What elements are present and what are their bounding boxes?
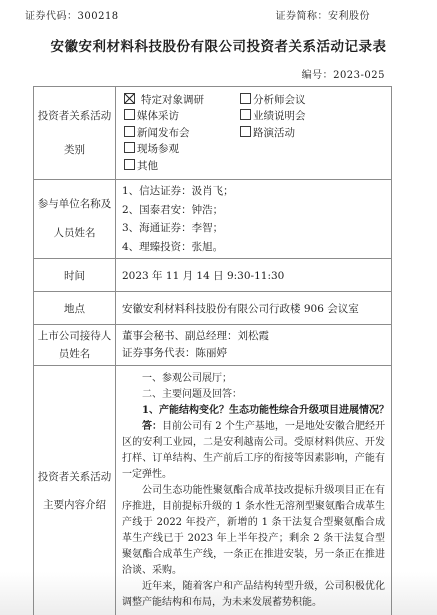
answer-paragraph: 近年来，随着客户和产品结构转型升级，公司积极优化调整产能结构和布局，为未来发展蓄… [122, 579, 385, 611]
activity-option-label: 现场参观 [137, 143, 179, 155]
table-row: 投资者关系活动 主要内容介绍 一、参观公司展厅； 二、主要问题及回答： 1、产能… [34, 366, 392, 615]
label-line: 主要内容介绍 [34, 491, 115, 519]
content-item: 一、参观公司展厅； [122, 371, 385, 387]
table-row: 投资者关系活动 类别 特定对象调研 分析师会议 媒体采访 业绩说明 [34, 87, 392, 180]
document-page: 证券代码：300218 证券简称：安利股份 安徽安利材料科技股份有限公司投资者关… [0, 0, 437, 615]
doc-number: 编号：2023-025 [0, 66, 385, 81]
time-value-cell: 2023 年 11 月 14 日 9:30-11:30 [116, 259, 392, 292]
activity-option-label: 其他 [137, 160, 158, 172]
stock-code-label: 证券代码：300218 [25, 7, 119, 22]
table-row: 地点 安徽安利材料科技股份有限公司行政楼 906 会议室 [34, 292, 392, 325]
label-line: 投资者关系活动 [34, 99, 115, 133]
hosts-label: 上市公司接待人 员姓名 [34, 327, 115, 363]
activity-option: 新闻发布会 [124, 125, 240, 141]
activity-option-label: 路演活动 [253, 127, 295, 139]
ir-activity-table: 投资者关系活动 类别 特定对象调研 分析师会议 媒体采访 业绩说明 [33, 86, 392, 615]
activity-option-label: 分析师会议 [253, 94, 306, 106]
location-value: 安徽安利材料科技股份有限公司行政楼 906 会议室 [122, 303, 359, 315]
content-cell: 一、参观公司展厅； 二、主要问题及回答： 1、产能结构变化？生态功能性综合升级项… [116, 366, 392, 615]
answer-paragraph: 公司生态功能性聚氨酯合成革技改提标升级项目正在有序推进，目前提标升级的 1 条水… [122, 483, 385, 579]
hosts-label-cell: 上市公司接待人 员姓名 [34, 325, 116, 366]
participants-label-cell: 参与单位名称及 人员姓名 [34, 180, 116, 259]
answer-text: 目前公司有 2 个生产基地，一是地处安徽合肥经开区的安利工业园，二是安利越南公司… [122, 421, 385, 480]
answer-paragraph: 答：目前公司有 2 个生产基地，一是地处安徽合肥经开区的安利工业园，二是安利越南… [122, 419, 385, 483]
grid-spacer [240, 141, 383, 157]
checkbox-checked-icon [124, 93, 135, 104]
participant-line: 1、信达证券：汲肖飞； [122, 182, 385, 201]
host-list: 董事会秘书、副总经理：刘松霞 证券事务代表：陈丽婷 [122, 328, 385, 362]
host-line: 董事会秘书、副总经理：刘松霞 [122, 328, 385, 345]
participant-line: 4、理臻投资：张旭。 [122, 238, 385, 257]
checkbox-icon [124, 142, 135, 153]
document-header: 证券代码：300218 证券简称：安利股份 [0, 0, 437, 22]
label-line: 人员姓名 [34, 219, 115, 248]
activity-option: 路演活动 [240, 125, 383, 141]
activity-option-label: 业绩说明会 [253, 110, 306, 122]
time-label: 时间 [64, 270, 85, 282]
stock-name-label: 证券简称：安利股份 [276, 7, 371, 22]
checkbox-icon [240, 126, 251, 137]
checkbox-icon [124, 109, 135, 120]
location-value-cell: 安徽安利材料科技股份有限公司行政楼 906 会议室 [116, 292, 392, 325]
activity-category-options-cell: 特定对象调研 分析师会议 媒体采访 业绩说明会 新闻发布会 [116, 87, 392, 180]
activity-option-label: 特定对象调研 [141, 94, 204, 106]
activity-options-grid: 特定对象调研 分析师会议 媒体采访 业绩说明会 新闻发布会 [122, 89, 385, 177]
label-line: 投资者关系活动 [34, 463, 115, 491]
activity-category-label: 投资者关系活动 类别 [34, 99, 115, 167]
host-line: 证券事务代表：陈丽婷 [122, 345, 385, 362]
table-row: 上市公司接待人 员姓名 董事会秘书、副总经理：刘松霞 证券事务代表：陈丽婷 [34, 325, 392, 366]
activity-option: 特定对象调研 [124, 92, 240, 108]
activity-option: 现场参观 [124, 141, 240, 157]
content-label: 投资者关系活动 主要内容介绍 [34, 463, 115, 519]
label-line: 上市公司接待人 [34, 327, 115, 345]
participants-cell: 1、信达证券：汲肖飞； 2、国泰君安：钟浩； 3、海通证券：李智； 4、理臻投资… [116, 180, 392, 259]
participant-line: 3、海通证券：李智； [122, 219, 385, 238]
page-title: 安徽安利材料科技股份有限公司投资者关系活动记录表 [0, 35, 437, 55]
activity-option-label: 新闻发布会 [137, 127, 190, 139]
participant-list: 1、信达证券：汲肖飞； 2、国泰君安：钟浩； 3、海通证券：李智； 4、理臻投资… [122, 182, 385, 256]
checkbox-icon [240, 109, 251, 120]
label-line: 类别 [34, 133, 115, 167]
activity-option: 媒体采访 [124, 108, 240, 124]
question-heading: 1、产能结构变化？生态功能性综合升级项目进展情况？ [122, 403, 385, 419]
checkbox-icon [240, 93, 251, 104]
table-row: 参与单位名称及 人员姓名 1、信达证券：汲肖飞； 2、国泰君安：钟浩； 3、海通… [34, 180, 392, 259]
checkbox-icon [124, 126, 135, 137]
label-line: 参与单位名称及 [34, 190, 115, 219]
activity-option: 其他 [124, 158, 240, 174]
table-row: 时间 2023 年 11 月 14 日 9:30-11:30 [34, 259, 392, 292]
participants-label: 参与单位名称及 人员姓名 [34, 190, 115, 248]
answer-label: 答： [142, 421, 162, 432]
content-item: 二、主要问题及回答： [122, 387, 385, 403]
location-label-cell: 地点 [34, 292, 116, 325]
participant-line: 2、国泰君安：钟浩； [122, 201, 385, 220]
time-label-cell: 时间 [34, 259, 116, 292]
location-label: 地点 [64, 303, 85, 315]
time-value: 2023 年 11 月 14 日 9:30-11:30 [122, 270, 284, 282]
label-line: 员姓名 [34, 345, 115, 363]
activity-option: 业绩说明会 [240, 108, 383, 124]
activity-option-label: 媒体采访 [137, 110, 179, 122]
checkbox-icon [124, 159, 135, 170]
activity-option: 分析师会议 [240, 92, 383, 108]
content-body: 一、参观公司展厅； 二、主要问题及回答： 1、产能结构变化？生态功能性综合升级项… [116, 366, 391, 615]
content-label-cell: 投资者关系活动 主要内容介绍 [34, 366, 116, 615]
activity-category-label-cell: 投资者关系活动 类别 [34, 87, 116, 180]
hosts-cell: 董事会秘书、副总经理：刘松霞 证券事务代表：陈丽婷 [116, 325, 392, 366]
